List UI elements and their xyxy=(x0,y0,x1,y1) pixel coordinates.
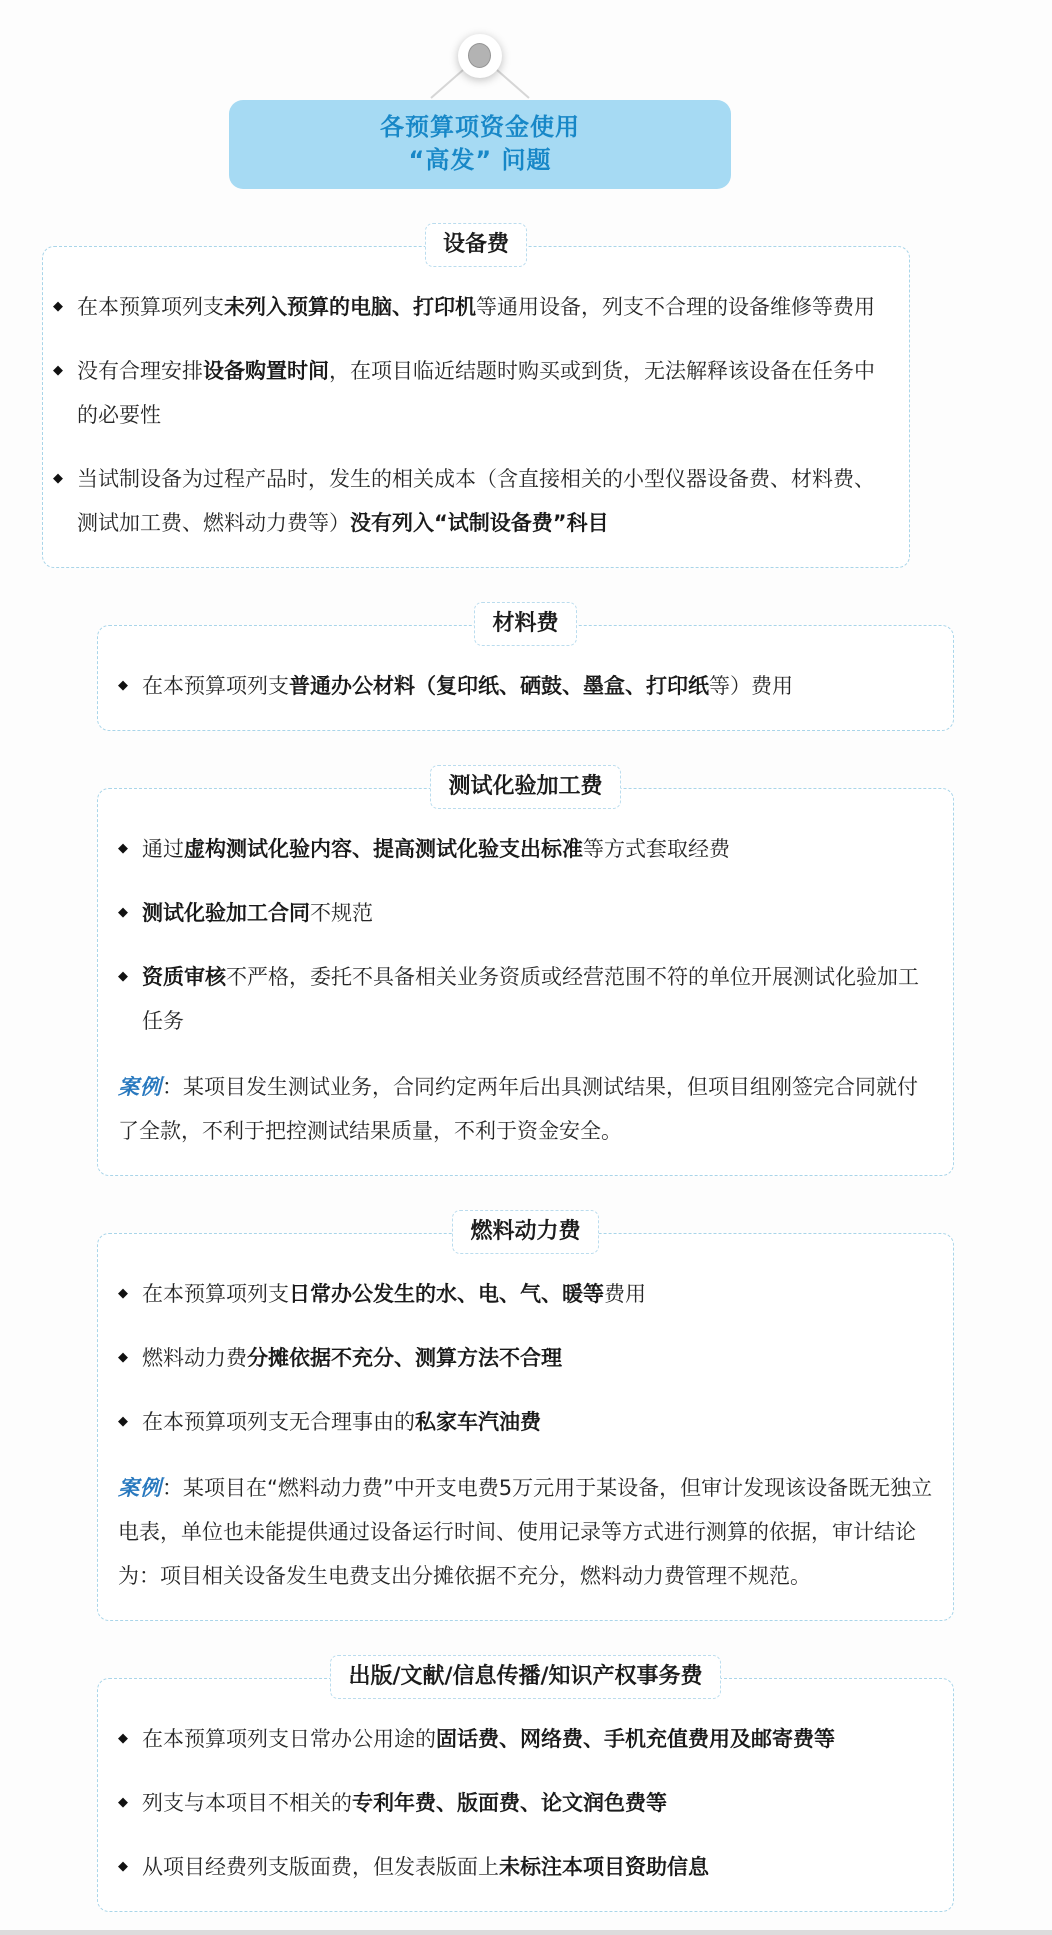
section-box: ◆在本预算项列支未列入预算的电脑、打印机等通用设备，列支不合理的设备维修等费用◆… xyxy=(42,246,910,568)
case-label: 案例 xyxy=(118,1075,162,1099)
case-item: 案例：某项目发生测试业务，合同约定两年后出具测试结果，但项目组刚签完合同就付了全… xyxy=(116,1065,937,1153)
footer-divider xyxy=(0,1930,1052,1935)
page-title-banner: 各预算项资金使用 “高发” 问题 xyxy=(229,100,731,189)
text-segment: 从项目经费列支版面费，但发表版面上 xyxy=(142,1855,499,1879)
diamond-bullet-icon: ◆ xyxy=(116,955,142,1043)
text-segment: 在本预算项列支无合理事由的 xyxy=(142,1410,415,1434)
section-fuel-power-fee: 燃料动力费◆在本预算项列支日常办公发生的水、电、气、暖等费用◆燃料动力费分摊依据… xyxy=(0,1210,1052,1621)
case-label: 案例 xyxy=(118,1476,162,1500)
bullet-item: ◆从项目经费列支版面费，但发表版面上未标注本项目资助信息 xyxy=(116,1845,937,1889)
bullet-text: 测试化验加工合同不规范 xyxy=(142,891,937,935)
diamond-bullet-icon: ◆ xyxy=(116,1400,142,1444)
bold-text-segment: 分摊依据不充分、测算方法不合理 xyxy=(247,1346,562,1370)
bullet-item: ◆燃料动力费分摊依据不充分、测算方法不合理 xyxy=(116,1336,937,1380)
diamond-bullet-icon: ◆ xyxy=(116,1336,142,1380)
bold-text-segment: 测试化验加工合同 xyxy=(142,901,310,925)
diamond-bullet-icon: ◆ xyxy=(116,891,142,935)
bullet-item: ◆在本预算项列支未列入预算的电脑、打印机等通用设备，列支不合理的设备维修等费用 xyxy=(51,285,893,329)
bullet-text: 资质审核不严格，委托不具备相关业务资质或经营范围不符的单位开展测试化验加工任务 xyxy=(142,955,937,1043)
section-title-badge: 燃料动力费 xyxy=(452,1210,598,1254)
text-segment: 等方式套取经费 xyxy=(583,837,730,861)
text-segment: 列支与本项目不相关的 xyxy=(142,1791,352,1815)
section-badge-row: 出版/文献/信息传播/知识产权事务费 xyxy=(97,1655,954,1699)
text-segment: 不规范 xyxy=(310,901,373,925)
section-box: ◆在本预算项列支日常办公用途的固话费、网络费、手机充值费用及邮寄费等◆列支与本项… xyxy=(97,1678,954,1912)
bullet-text: 没有合理安排设备购置时间，在项目临近结题时购买或到货，无法解释该设备在任务中的必… xyxy=(77,349,893,437)
diamond-bullet-icon: ◆ xyxy=(116,827,142,871)
bold-text-segment: 日常办公发生的水、电、气、暖等 xyxy=(289,1282,604,1306)
bold-text-segment: 虚构测试化验内容、提高测试化验支出标准 xyxy=(184,837,583,861)
section-title-badge: 材料费 xyxy=(474,602,576,646)
bold-text-segment: 设备购置时间 xyxy=(203,359,329,383)
bold-text-segment: 未列入预算的电脑、打印机 xyxy=(224,295,476,319)
bullet-text: 从项目经费列支版面费，但发表版面上未标注本项目资助信息 xyxy=(142,1845,937,1889)
section-material-fee: 材料费◆在本预算项列支普通办公材料（复印纸、硒鼓、墨盒、打印纸等）费用 xyxy=(0,602,1052,731)
bold-text-segment: 私家车汽油费 xyxy=(415,1410,541,1434)
text-segment: 在本预算项列支 xyxy=(77,295,224,319)
text-segment: 费用 xyxy=(604,1282,646,1306)
section-equipment-fee: 设备费◆在本预算项列支未列入预算的电脑、打印机等通用设备，列支不合理的设备维修等… xyxy=(0,223,1052,568)
bullet-text: 在本预算项列支无合理事由的私家车汽油费 xyxy=(142,1400,937,1444)
section-testing-processing-fee: 测试化验加工费◆通过虚构测试化验内容、提高测试化验支出标准等方式套取经费◆测试化… xyxy=(0,765,1052,1176)
infographic-page: 各预算项资金使用 “高发” 问题 设备费◆在本预算项列支未列入预算的电脑、打印机… xyxy=(0,0,1052,1935)
bullet-text: 在本预算项列支日常办公用途的固话费、网络费、手机充值费用及邮寄费等 xyxy=(142,1717,937,1761)
section-title-badge: 设备费 xyxy=(425,223,527,267)
text-segment: 等通用设备，列支不合理的设备维修等费用 xyxy=(476,295,875,319)
diamond-bullet-icon: ◆ xyxy=(116,664,142,708)
diamond-bullet-icon: ◆ xyxy=(116,1272,142,1316)
bold-text-segment: 普通办公材料（复印纸、硒鼓、墨盒、打印纸 xyxy=(289,674,709,698)
case-separator: ： xyxy=(162,1476,183,1500)
bold-text-segment: 未标注本项目资助信息 xyxy=(499,1855,709,1879)
bold-text-segment: 专利年费、版面费、论文润色费等 xyxy=(352,1791,667,1815)
section-badge-row: 材料费 xyxy=(97,602,954,646)
bullet-item: ◆测试化验加工合同不规范 xyxy=(116,891,937,935)
bullet-text: 燃料动力费分摊依据不充分、测算方法不合理 xyxy=(142,1336,937,1380)
section-title-badge: 测试化验加工费 xyxy=(430,765,620,809)
bullet-item: ◆列支与本项目不相关的专利年费、版面费、论文润色费等 xyxy=(116,1781,937,1825)
section-badge-row: 设备费 xyxy=(42,223,910,267)
diamond-bullet-icon: ◆ xyxy=(116,1845,142,1889)
text-segment: 通过 xyxy=(142,837,184,861)
bullet-item: ◆在本预算项列支日常办公用途的固话费、网络费、手机充值费用及邮寄费等 xyxy=(116,1717,937,1761)
bullet-text: 当试制设备为过程产品时，发生的相关成本（含直接相关的小型仪器设备费、材料费、测试… xyxy=(77,457,893,545)
text-segment: 没有合理安排 xyxy=(77,359,203,383)
bold-text-segment: 固话费、网络费、手机充值费用及邮寄费等 xyxy=(436,1727,835,1751)
section-publication-ip-fee: 出版/文献/信息传播/知识产权事务费◆在本预算项列支日常办公用途的固话费、网络费… xyxy=(0,1655,1052,1912)
section-title-badge: 出版/文献/信息传播/知识产权事务费 xyxy=(330,1655,720,1699)
page-title-line1: 各预算项资金使用 xyxy=(229,111,731,144)
bullet-item: ◆在本预算项列支普通办公材料（复印纸、硒鼓、墨盒、打印纸等）费用 xyxy=(116,664,937,708)
bullet-item: ◆通过虚构测试化验内容、提高测试化验支出标准等方式套取经费 xyxy=(116,827,937,871)
section-box: ◆在本预算项列支日常办公发生的水、电、气、暖等费用◆燃料动力费分摊依据不充分、测… xyxy=(97,1233,954,1621)
diamond-bullet-icon: ◆ xyxy=(116,1717,142,1761)
diamond-bullet-icon: ◆ xyxy=(51,349,77,437)
text-segment: 在本预算项列支日常办公用途的 xyxy=(142,1727,436,1751)
section-box: ◆通过虚构测试化验内容、提高测试化验支出标准等方式套取经费◆测试化验加工合同不规… xyxy=(97,788,954,1176)
page-title-line2: “高发” 问题 xyxy=(229,144,731,177)
bullet-text: 列支与本项目不相关的专利年费、版面费、论文润色费等 xyxy=(142,1781,937,1825)
text-segment: 燃料动力费 xyxy=(142,1346,247,1370)
bullet-item: ◆在本预算项列支无合理事由的私家车汽油费 xyxy=(116,1400,937,1444)
bold-text-segment: 没有列入“试制设备费”科目 xyxy=(350,511,609,535)
text-segment: 等）费用 xyxy=(709,674,793,698)
text-segment: 某项目发生测试业务，合同约定两年后出具测试结果，但项目组刚签完合同就付了全款，不… xyxy=(118,1075,918,1143)
diamond-bullet-icon: ◆ xyxy=(51,457,77,545)
pin-icon xyxy=(458,34,502,78)
bullet-item: ◆在本预算项列支日常办公发生的水、电、气、暖等费用 xyxy=(116,1272,937,1316)
sections: 设备费◆在本预算项列支未列入预算的电脑、打印机等通用设备，列支不合理的设备维修等… xyxy=(0,223,1052,1912)
section-badge-row: 燃料动力费 xyxy=(97,1210,954,1254)
text-segment: 某项目在“燃料动力费”中开支电费5万元用于某设备，但审计发现该设备既无独立电表，… xyxy=(118,1476,932,1588)
pin-ornament xyxy=(0,0,1052,100)
case-item: 案例：某项目在“燃料动力费”中开支电费5万元用于某设备，但审计发现该设备既无独立… xyxy=(116,1466,937,1598)
bullet-text: 在本预算项列支未列入预算的电脑、打印机等通用设备，列支不合理的设备维修等费用 xyxy=(77,285,893,329)
text-segment: 在本预算项列支 xyxy=(142,1282,289,1306)
section-badge-row: 测试化验加工费 xyxy=(97,765,954,809)
bullet-text: 通过虚构测试化验内容、提高测试化验支出标准等方式套取经费 xyxy=(142,827,937,871)
pin-dot-icon xyxy=(468,43,491,68)
bullet-item: ◆资质审核不严格，委托不具备相关业务资质或经营范围不符的单位开展测试化验加工任务 xyxy=(116,955,937,1043)
text-segment: 不严格，委托不具备相关业务资质或经营范围不符的单位开展测试化验加工任务 xyxy=(142,965,919,1033)
text-segment: 在本预算项列支 xyxy=(142,674,289,698)
bullet-text: 在本预算项列支日常办公发生的水、电、气、暖等费用 xyxy=(142,1272,937,1316)
bullet-item: ◆没有合理安排设备购置时间，在项目临近结题时购买或到货，无法解释该设备在任务中的… xyxy=(51,349,893,437)
bullet-item: ◆当试制设备为过程产品时，发生的相关成本（含直接相关的小型仪器设备费、材料费、测… xyxy=(51,457,893,545)
diamond-bullet-icon: ◆ xyxy=(51,285,77,329)
case-separator: ： xyxy=(162,1075,183,1099)
diamond-bullet-icon: ◆ xyxy=(116,1781,142,1825)
bullet-text: 在本预算项列支普通办公材料（复印纸、硒鼓、墨盒、打印纸等）费用 xyxy=(142,664,937,708)
bold-text-segment: 资质审核 xyxy=(142,965,226,989)
